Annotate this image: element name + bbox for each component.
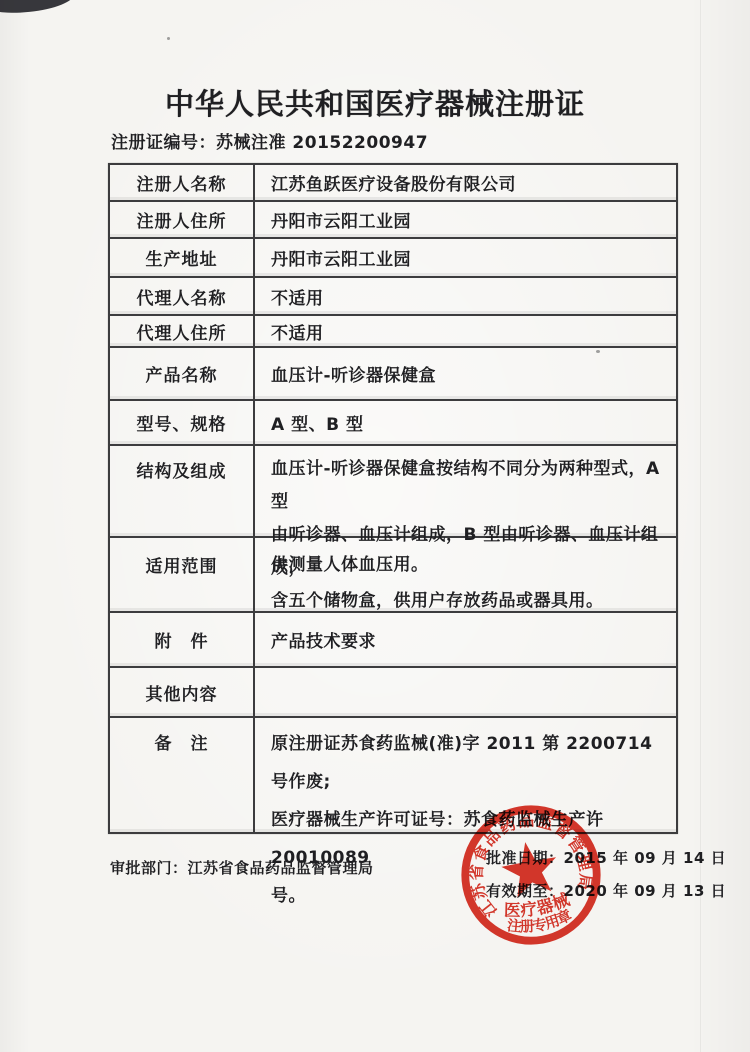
row-value: 血压计-听诊器保健盒 (255, 348, 676, 399)
row-value: A 型、B 型 (255, 401, 676, 444)
approval-department-value: 江苏省食品药品监督管理局 (188, 859, 374, 877)
certificate-page: 中华人民共和国医疗器械注册证 注册证编号：苏械注准 20152200947 注册… (0, 0, 750, 1052)
table-row-intended-use: 适用范围 供测量人体血压用。 (110, 538, 676, 613)
row-label: 注册人住所 (110, 202, 255, 237)
value-line: 血压计-听诊器保健盒 (271, 361, 668, 386)
table-row-agent-address: 代理人住所 不适用 (110, 316, 676, 348)
row-label: 型号、规格 (110, 401, 255, 444)
star-icon (498, 837, 562, 899)
scan-speck (167, 37, 170, 40)
row-label: 结构及组成 (110, 446, 255, 536)
row-value: 丹阳市云阳工业园 (255, 239, 676, 276)
row-value: 不适用 (255, 278, 676, 314)
row-label: 其他内容 (110, 668, 255, 716)
page-title: 中华人民共和国医疗器械注册证 (0, 82, 750, 123)
table-row-product-name: 产品名称 血压计-听诊器保健盒 (110, 348, 676, 401)
row-label: 代理人住所 (110, 316, 255, 346)
row-label: 代理人名称 (110, 278, 255, 314)
official-seal-stamp: 江苏省食品药品监督管理局 医疗器械 注册专用章 (446, 790, 615, 959)
table-row-registrant-address: 注册人住所 丹阳市云阳工业园 (110, 202, 676, 239)
certificate-table: 注册人名称 江苏鱼跃医疗设备股份有限公司 注册人住所 丹阳市云阳工业园 生产地址… (108, 163, 678, 834)
row-label: 备 注 (110, 718, 255, 832)
table-row-production-address: 生产地址 丹阳市云阳工业园 (110, 239, 676, 278)
value-line: 丹阳市云阳工业园 (271, 207, 668, 232)
approval-department-label: 审批部门： (110, 859, 188, 877)
value-line: 供测量人体血压用。 (271, 550, 668, 575)
row-label: 适用范围 (110, 538, 255, 611)
registration-number-label: 注册证编号： (111, 133, 216, 153)
row-label: 生产地址 (110, 239, 255, 276)
registration-number-value: 苏械注准 20152200947 (216, 133, 428, 153)
value-line: 血压计-听诊器保健盒按结构不同分为两种型式，A 型 (271, 453, 668, 519)
value-line: 原注册证苏食药监械(准)字 2011 第 2200714 号作废; (271, 725, 668, 801)
value-line: 产品技术要求 (271, 627, 668, 652)
registration-number: 注册证编号：苏械注准 20152200947 (111, 128, 428, 153)
row-value: 不适用 (255, 316, 676, 346)
value-line: 不适用 (271, 319, 668, 344)
table-row-attachment: 附 件 产品技术要求 (110, 613, 676, 668)
row-label: 注册人名称 (110, 165, 255, 200)
value-line: A 型、B 型 (271, 410, 668, 435)
table-row-agent-name: 代理人名称 不适用 (110, 278, 676, 316)
table-row-structure-composition: 结构及组成 血压计-听诊器保健盒按结构不同分为两种型式，A 型 由听诊器、血压计… (110, 446, 676, 538)
value-line: 江苏鱼跃医疗设备股份有限公司 (271, 170, 668, 195)
row-value: 产品技术要求 (255, 613, 676, 666)
row-label: 产品名称 (110, 348, 255, 399)
row-value: 血压计-听诊器保健盒按结构不同分为两种型式，A 型 由听诊器、血压计组成，B 型… (255, 446, 676, 536)
table-row-registrant-name: 注册人名称 江苏鱼跃医疗设备股份有限公司 (110, 165, 676, 202)
scan-smudge (0, 0, 75, 17)
row-value (255, 668, 676, 716)
row-label: 附 件 (110, 613, 255, 666)
value-line: 丹阳市云阳工业园 (271, 245, 668, 270)
row-value: 供测量人体血压用。 (255, 538, 676, 611)
row-value: 江苏鱼跃医疗设备股份有限公司 (255, 165, 676, 200)
approval-department: 审批部门：江苏省食品药品监督管理局 (110, 857, 374, 878)
table-row-model-spec: 型号、规格 A 型、B 型 (110, 401, 676, 446)
value-line: 不适用 (271, 284, 668, 309)
row-value: 丹阳市云阳工业园 (255, 202, 676, 237)
table-row-other-content: 其他内容 (110, 668, 676, 718)
